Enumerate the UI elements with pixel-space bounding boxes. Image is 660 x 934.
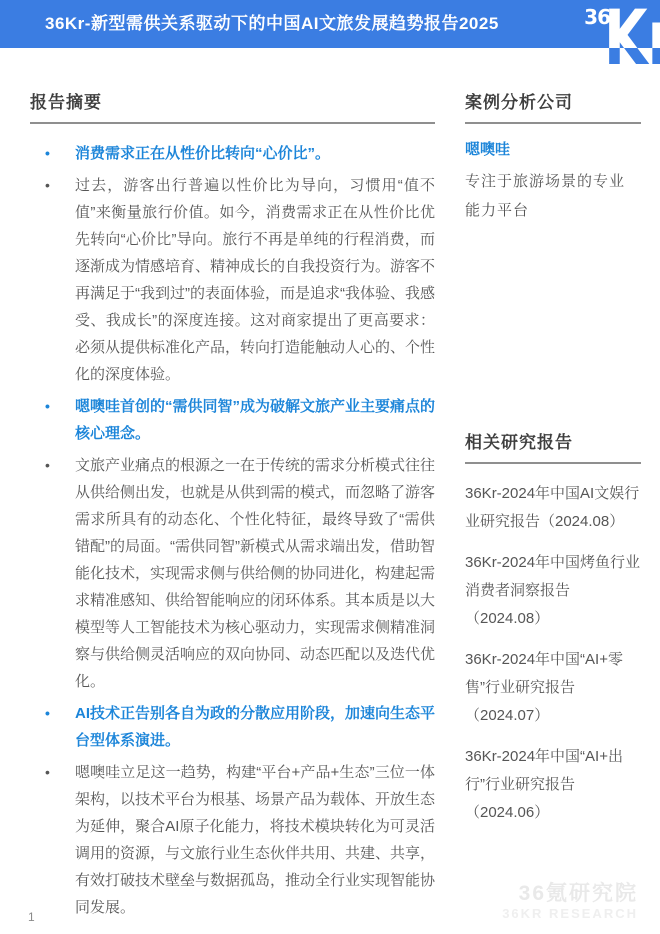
summary-item-text: 嗯噢哇首创的“需供同智”成为破解文旅产业主要痛点的核心理念。 — [75, 398, 435, 442]
company-name: 嗯噢哇 — [465, 139, 641, 161]
bullet-icon: • — [45, 452, 50, 479]
summary-list: • 消费需求正在从性价比转向“心价比”。 • 过去，游客出行普遍以性价比为导向，… — [30, 140, 435, 921]
summary-item-text: 嗯噢哇立足这一趋势，构建“平台+产品+生态”三位一体架构，以技术平台为根基、场景… — [75, 764, 435, 916]
summary-item: • 文旅产业痛点的根源之一在于传统的需求分析模式往往从供给侧出发，也就是从供到需… — [30, 452, 435, 695]
report-list-item: 36Kr-2024年中国“AI+零售”行业研究报告（2024.07） — [465, 646, 641, 730]
header-bar: 36Kr-新型需供关系驱动下的中国AI文旅发展趋势报告2025 36 Kr Kr — [0, 0, 660, 48]
bullet-icon: • — [45, 759, 50, 786]
case-company-heading: 案例分析公司 — [465, 92, 641, 114]
page-number: 1 — [28, 910, 35, 924]
bullet-icon: • — [45, 700, 50, 727]
logo-kr-lower: Kr — [596, 48, 660, 82]
summary-item: • 消费需求正在从性价比转向“心价比”。 — [30, 140, 435, 167]
summary-item-text: 文旅产业痛点的根源之一在于传统的需求分析模式往往从供给侧出发，也就是从供到需的模… — [75, 457, 435, 690]
summary-item: • 嗯噢哇首创的“需供同智”成为破解文旅产业主要痛点的核心理念。 — [30, 393, 435, 447]
36kr-logo: 36 Kr Kr — [574, 0, 660, 84]
case-company-section: 案例分析公司 嗯噢哇 专注于旅游场景的专业能力平台 — [465, 92, 641, 225]
bullet-icon: • — [45, 172, 50, 199]
summary-section: 报告摘要 • 消费需求正在从性价比转向“心价比”。 • 过去，游客出行普遍以性价… — [30, 92, 435, 926]
report-list-item: 36Kr-2024年中国“AI+出行”行业研究报告（2024.06） — [465, 743, 641, 827]
report-list-item: 36Kr-2024年中国AI文娱行业研究报告（2024.08） — [465, 480, 641, 536]
heading-divider — [465, 462, 641, 464]
summary-item: • 过去，游客出行普遍以性价比为导向，习惯用“值不值”来衡量旅行价值。如今，消费… — [30, 172, 435, 388]
company-description: 专注于旅游场景的专业能力平台 — [465, 167, 638, 225]
summary-item-text: 消费需求正在从性价比转向“心价比”。 — [75, 145, 330, 162]
bullet-icon: • — [45, 393, 50, 420]
report-list: 36Kr-2024年中国AI文娱行业研究报告（2024.08） 36Kr-202… — [465, 480, 641, 827]
related-reports-section: 相关研究报告 36Kr-2024年中国AI文娱行业研究报告（2024.08） 3… — [465, 432, 641, 840]
bullet-icon: • — [45, 140, 50, 167]
report-title: 36Kr-新型需供关系驱动下的中国AI文旅发展趋势报告2025 — [45, 0, 499, 48]
36kr-research-watermark: 36氪研究院 36KR RESEARCH — [502, 883, 638, 921]
summary-item-text: 过去，游客出行普遍以性价比为导向，习惯用“值不值”来衡量旅行价值。如今，消费需求… — [75, 177, 435, 383]
report-page: 36Kr-新型需供关系驱动下的中国AI文旅发展趋势报告2025 36 Kr Kr… — [0, 0, 660, 934]
summary-item: • AI技术正告别各自为政的分散应用阶段，加速向生态平台型体系演进。 — [30, 700, 435, 754]
related-reports-heading: 相关研究报告 — [465, 432, 641, 454]
watermark-chinese: 36氪研究院 — [502, 883, 638, 905]
summary-item-text: AI技术正告别各自为政的分散应用阶段，加速向生态平台型体系演进。 — [75, 705, 435, 749]
summary-heading: 报告摘要 — [30, 92, 435, 114]
logo-kr-upper: Kr — [596, 0, 660, 48]
watermark-english: 36KR RESEARCH — [502, 907, 638, 921]
report-list-item: 36Kr-2024年中国烤鱼行业消费者洞察报告（2024.08） — [465, 549, 641, 633]
heading-divider — [465, 122, 641, 124]
heading-divider — [30, 122, 435, 124]
summary-item: • 嗯噢哇立足这一趋势，构建“平台+产品+生态”三位一体架构，以技术平台为根基、… — [30, 759, 435, 921]
